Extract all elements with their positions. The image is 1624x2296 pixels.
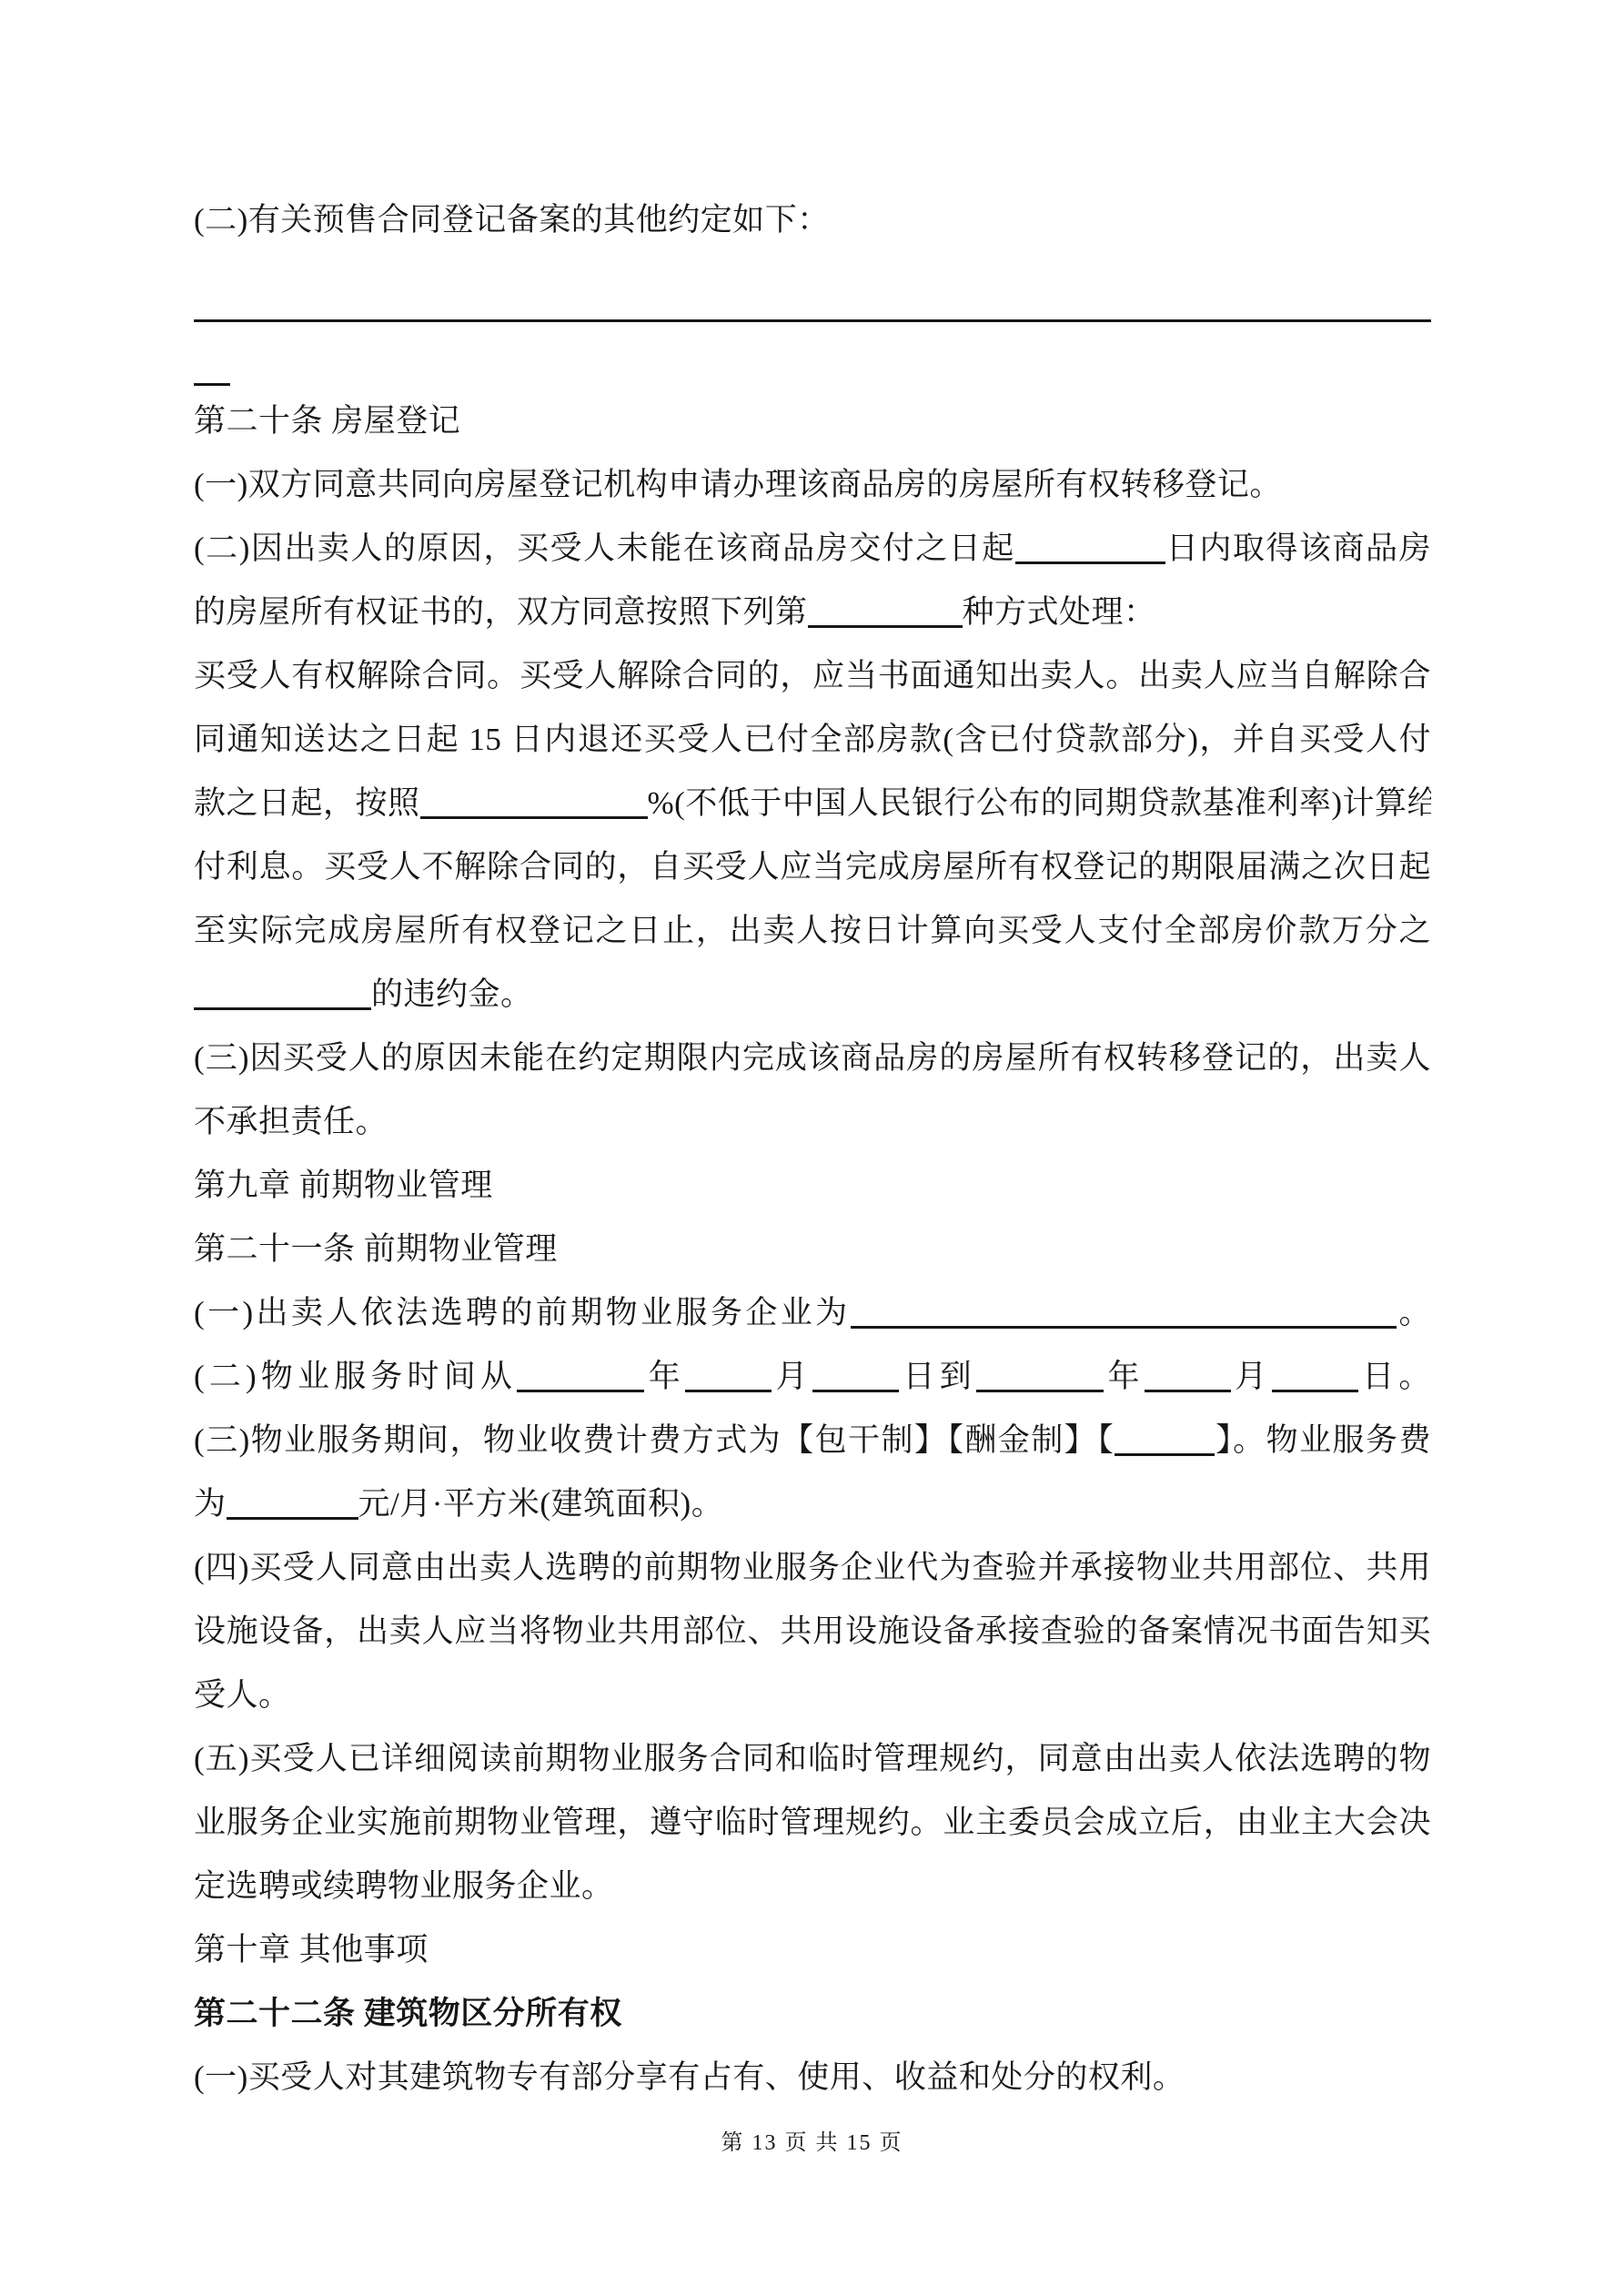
doc-line-article-20-item-2-line-3: 买受人有权解除合同。买受人解除合同的，应当书面通知出卖人。出卖人应当自解除合 bbox=[194, 644, 1431, 708]
doc-line-article-20-item-2-line-4: 同通知送达之日起 15 日内退还买受人已付全部房款(含已付贷款部分)，并自买受人… bbox=[194, 708, 1431, 772]
doc-text: 至实际完成房屋所有权登记之日止，出卖人按日计算向买受人支付全部房价款万分之 bbox=[194, 913, 1431, 948]
doc-text: 第二十二条 建筑物区分所有权 bbox=[194, 1996, 622, 2031]
doc-text: 的违约金。 bbox=[371, 976, 533, 1012]
blank-field bbox=[808, 585, 963, 628]
doc-text: 同通知送达之日起 15 日内退还买受人已付全部房款(含已付贷款部分)，并自买受人… bbox=[194, 722, 1431, 757]
doc-text: 年 bbox=[644, 1359, 685, 1394]
doc-text: 元/月·平方米(建筑面积)。 bbox=[358, 1486, 724, 1522]
doc-line-article-20-item-2-line-7: 至实际完成房屋所有权登记之日止，出卖人按日计算向买受人支付全部房价款万分之 bbox=[194, 899, 1431, 963]
doc-line-article-22-heading: 第二十二条 建筑物区分所有权 bbox=[194, 1982, 1431, 2046]
doc-line-chapter-9-heading: 第九章 前期物业管理 bbox=[194, 1154, 1431, 1218]
blank-field bbox=[1015, 521, 1165, 564]
blank-field bbox=[976, 1350, 1104, 1392]
doc-text: 日到 bbox=[899, 1359, 976, 1394]
doc-line-chapter-10-heading: 第十章 其他事项 bbox=[194, 1918, 1431, 1982]
doc-line-article-20-heading: 第二十条 房屋登记 bbox=[194, 389, 1431, 453]
doc-line-article-21-item-3-line-1: (三)物业服务期间，物业收费计费方式为【包干制】【酬金制】【】。物业服务费 bbox=[194, 1409, 1431, 1472]
doc-text: 业服务企业实施前期物业管理，遵守临时管理规约。业主委员会成立后，由业主大会决 bbox=[194, 1805, 1431, 1840]
blank-field bbox=[194, 343, 230, 386]
doc-text: 第二十条 房屋登记 bbox=[194, 403, 460, 439]
doc-line-article-20-item-3-line-1: (三)因买受人的原因未能在约定期限内完成该商品房的房屋所有权转移登记的，出卖人 bbox=[194, 1027, 1431, 1090]
doc-text: 种方式处理： bbox=[963, 594, 1156, 630]
blank-field bbox=[851, 1286, 1397, 1329]
doc-line-article-20-item-2-line-2: 的房屋所有权证书的，双方同意按照下列第种方式处理： bbox=[194, 581, 1431, 644]
doc-text: (五)买受人已详细阅读前期物业服务合同和临时管理规约，同意由出卖人依法选聘的物 bbox=[194, 1741, 1431, 1776]
doc-text: 月 bbox=[772, 1359, 812, 1394]
doc-text: (一)双方同意共同向房屋登记机构申请办理该商品房的房屋所有权转移登记。 bbox=[194, 467, 1282, 502]
blank-field bbox=[420, 776, 648, 819]
doc-text: (三)因买受人的原因未能在约定期限内完成该商品房的房屋所有权转移登记的，出卖人 bbox=[194, 1040, 1431, 1076]
doc-line-article-21-item-5-line-2: 业服务企业实施前期物业管理，遵守临时管理规约。业主委员会成立后，由业主大会决 bbox=[194, 1791, 1431, 1855]
doc-text: 受人。 bbox=[194, 1677, 291, 1713]
blank-field bbox=[812, 1350, 899, 1392]
blank-field bbox=[685, 1350, 772, 1392]
blank-field bbox=[194, 279, 1431, 322]
doc-text: 】。物业服务费 bbox=[1215, 1422, 1431, 1458]
doc-text: 日。 bbox=[1358, 1359, 1431, 1394]
doc-line-article-20-item-1: (一)双方同意共同向房屋登记机构申请办理该商品房的房屋所有权转移登记。 bbox=[194, 453, 1431, 517]
doc-text: (四)买受人同意由出卖人选聘的前期物业服务企业代为查验并承接物业共用部位、共用 bbox=[194, 1550, 1431, 1585]
doc-text: (一)出卖人依法选聘的前期物业服务企业为 bbox=[194, 1295, 851, 1330]
doc-text: 第二十一条 前期物业管理 bbox=[194, 1231, 558, 1267]
page-footer: 第 13 页 共 15 页 bbox=[0, 2111, 1624, 2175]
blank-field bbox=[1115, 1413, 1215, 1456]
doc-text: 月 bbox=[1231, 1359, 1272, 1394]
doc-text: 不承担责任。 bbox=[194, 1104, 388, 1139]
blank-field bbox=[1272, 1350, 1358, 1392]
doc-line-article-20-item-2-line-5: 款之日起，按照%(不低于中国人民银行公布的同期贷款基准利率)计算给 bbox=[194, 772, 1431, 835]
doc-text: 第十章 其他事项 bbox=[194, 1932, 429, 1967]
page-content: (二)有关预售合同登记备案的其他约定如下：第二十条 房屋登记(一)双方同意共同向… bbox=[194, 188, 1431, 2109]
doc-line-blank-full-line bbox=[194, 275, 1431, 339]
doc-text: 为 bbox=[194, 1486, 227, 1522]
blank-field bbox=[227, 1477, 358, 1520]
doc-line-article-21-item-2: (二)物业服务时间从年月日到年月日。 bbox=[194, 1345, 1431, 1409]
doc-text: 的房屋所有权证书的，双方同意按照下列第 bbox=[194, 594, 808, 630]
doc-text: 款之日起，按照 bbox=[194, 785, 420, 821]
doc-text: 付利息。买受人不解除合同的，自买受人应当完成房屋所有权登记的期限届满之次日起 bbox=[194, 849, 1431, 885]
doc-line-article-20-item-2-line-8: 的违约金。 bbox=[194, 963, 1431, 1027]
doc-line-article-20-item-3-line-2: 不承担责任。 bbox=[194, 1090, 1431, 1154]
doc-line-article-21-item-1: (一)出卖人依法选聘的前期物业服务企业为。 bbox=[194, 1281, 1431, 1345]
doc-line-article-21-item-4-line-1: (四)买受人同意由出卖人选聘的前期物业服务企业代为查验并承接物业共用部位、共用 bbox=[194, 1536, 1431, 1600]
doc-line-article-22-item-1: (一)买受人对其建筑物专有部分享有占有、使用、收益和处分的权利。 bbox=[194, 2046, 1431, 2109]
blank-field bbox=[1145, 1350, 1231, 1392]
document-page: (二)有关预售合同登记备案的其他约定如下：第二十条 房屋登记(一)双方同意共同向… bbox=[0, 0, 1624, 2296]
doc-text: (一)买受人对其建筑物专有部分享有占有、使用、收益和处分的权利。 bbox=[194, 2059, 1185, 2095]
doc-line-article-21-item-3-line-2: 为元/月·平方米(建筑面积)。 bbox=[194, 1472, 1431, 1536]
doc-text: 。 bbox=[1397, 1295, 1431, 1330]
doc-line-article-20-item-2-line-1: (二)因出卖人的原因，买受人未能在该商品房交付之日起日内取得该商品房 bbox=[194, 517, 1431, 581]
doc-line-article-21-item-5-line-3: 定选聘或续聘物业服务企业。 bbox=[194, 1855, 1431, 1918]
doc-text: 日内取得该商品房 bbox=[1165, 531, 1431, 566]
blank-field bbox=[517, 1350, 644, 1392]
doc-text: 设施设备，出卖人应当将物业共用部位、共用设施设备承接查验的备案情况书面告知买 bbox=[194, 1613, 1431, 1649]
doc-text: (三)物业服务期间，物业收费计费方式为【包干制】【酬金制】【 bbox=[194, 1422, 1115, 1458]
doc-text: (二)物业服务时间从 bbox=[194, 1359, 517, 1394]
doc-text: 第九章 前期物业管理 bbox=[194, 1168, 493, 1203]
doc-line-article-21-heading: 第二十一条 前期物业管理 bbox=[194, 1218, 1431, 1281]
doc-line-article-20-item-2-line-6: 付利息。买受人不解除合同的，自买受人应当完成房屋所有权登记的期限届满之次日起 bbox=[194, 835, 1431, 899]
doc-line-article-21-item-4-line-2: 设施设备，出卖人应当将物业共用部位、共用设施设备承接查验的备案情况书面告知买 bbox=[194, 1600, 1431, 1664]
doc-text: (二)因出卖人的原因，买受人未能在该商品房交付之日起 bbox=[194, 531, 1015, 566]
doc-line-article-21-item-4-line-3: 受人。 bbox=[194, 1664, 1431, 1727]
doc-text: 定选聘或续聘物业服务企业。 bbox=[194, 1868, 614, 1904]
doc-text: (二)有关预售合同登记备案的其他约定如下： bbox=[194, 202, 830, 238]
blank-field bbox=[194, 967, 371, 1010]
doc-text: 年 bbox=[1104, 1359, 1145, 1394]
doc-text: %(不低于中国人民银行公布的同期贷款基准利率)计算给 bbox=[648, 785, 1431, 821]
doc-line-article-21-item-5-line-1: (五)买受人已详细阅读前期物业服务合同和临时管理规约，同意由出卖人依法选聘的物 bbox=[194, 1727, 1431, 1791]
doc-text: 买受人有权解除合同。买受人解除合同的，应当书面通知出卖人。出卖人应当自解除合 bbox=[194, 658, 1431, 693]
doc-line-presale-registration-other-terms: (二)有关预售合同登记备案的其他约定如下： bbox=[194, 188, 1431, 252]
